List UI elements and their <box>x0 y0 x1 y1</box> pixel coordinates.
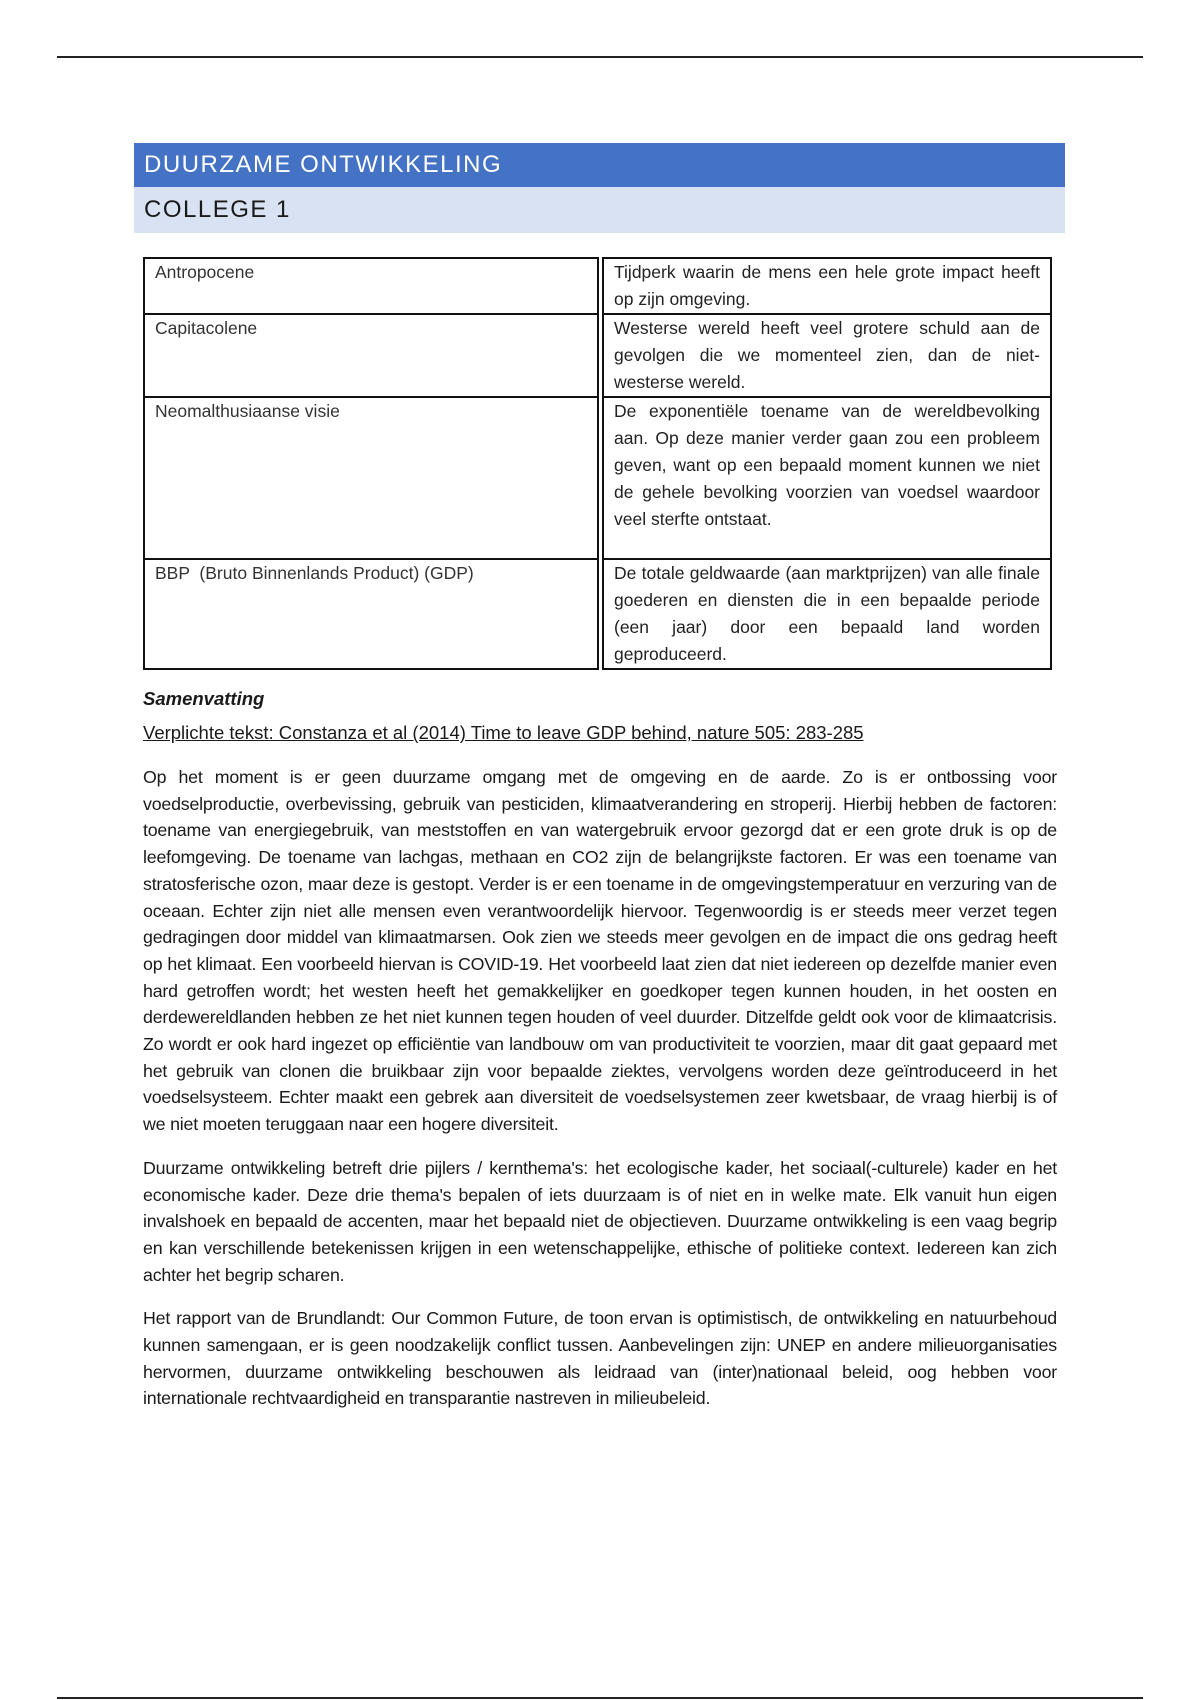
subtitle-band: COLLEGE 1 <box>134 187 1065 233</box>
table-row: BBP (Bruto Binnenlands Product) (GDP) De… <box>143 560 1052 670</box>
definition-cell: Tijdperk waarin de mens een hele grote i… <box>602 257 1052 315</box>
term-cell: BBP (Bruto Binnenlands Product) (GDP) <box>143 560 599 670</box>
paragraph: Het rapport van de Brundlandt: Our Commo… <box>143 1305 1057 1412</box>
document-title: DUURZAME ONTWIKKELING <box>144 151 502 179</box>
definition-cell: De exponentiële toename van de wereldbev… <box>602 398 1052 560</box>
document-subtitle: COLLEGE 1 <box>144 196 291 224</box>
definition-cell: Westerse wereld heeft veel grotere schul… <box>602 315 1052 398</box>
top-page-rule <box>57 56 1143 58</box>
term-cell: Capitacolene <box>143 315 599 398</box>
document-header: DUURZAME ONTWIKKELING COLLEGE 1 <box>134 143 1065 233</box>
definition-cell: De totale geldwaarde (aan marktprijzen) … <box>602 560 1052 670</box>
paragraph: Op het moment is er geen duurzame omgang… <box>143 764 1057 1138</box>
required-reading: Verplichte tekst: Constanza et al (2014)… <box>143 722 1057 744</box>
table-row: Antropocene Tijdperk waarin de mens een … <box>143 257 1052 315</box>
table-row: Neomalthusiaanse visie De exponentiële t… <box>143 398 1052 560</box>
bottom-page-rule <box>57 1697 1143 1699</box>
term-cell: Neomalthusiaanse visie <box>143 398 599 560</box>
table-row: Capitacolene Westerse wereld heeft veel … <box>143 315 1052 398</box>
paragraph: Duurzame ontwikkeling betreft drie pijle… <box>143 1155 1057 1289</box>
title-band: DUURZAME ONTWIKKELING <box>134 143 1065 187</box>
term-cell: Antropocene <box>143 257 599 315</box>
terms-table: Antropocene Tijdperk waarin de mens een … <box>140 257 1055 670</box>
section-heading: Samenvatting <box>143 688 1057 710</box>
summary-section: Samenvatting Verplichte tekst: Constanza… <box>143 688 1057 1429</box>
